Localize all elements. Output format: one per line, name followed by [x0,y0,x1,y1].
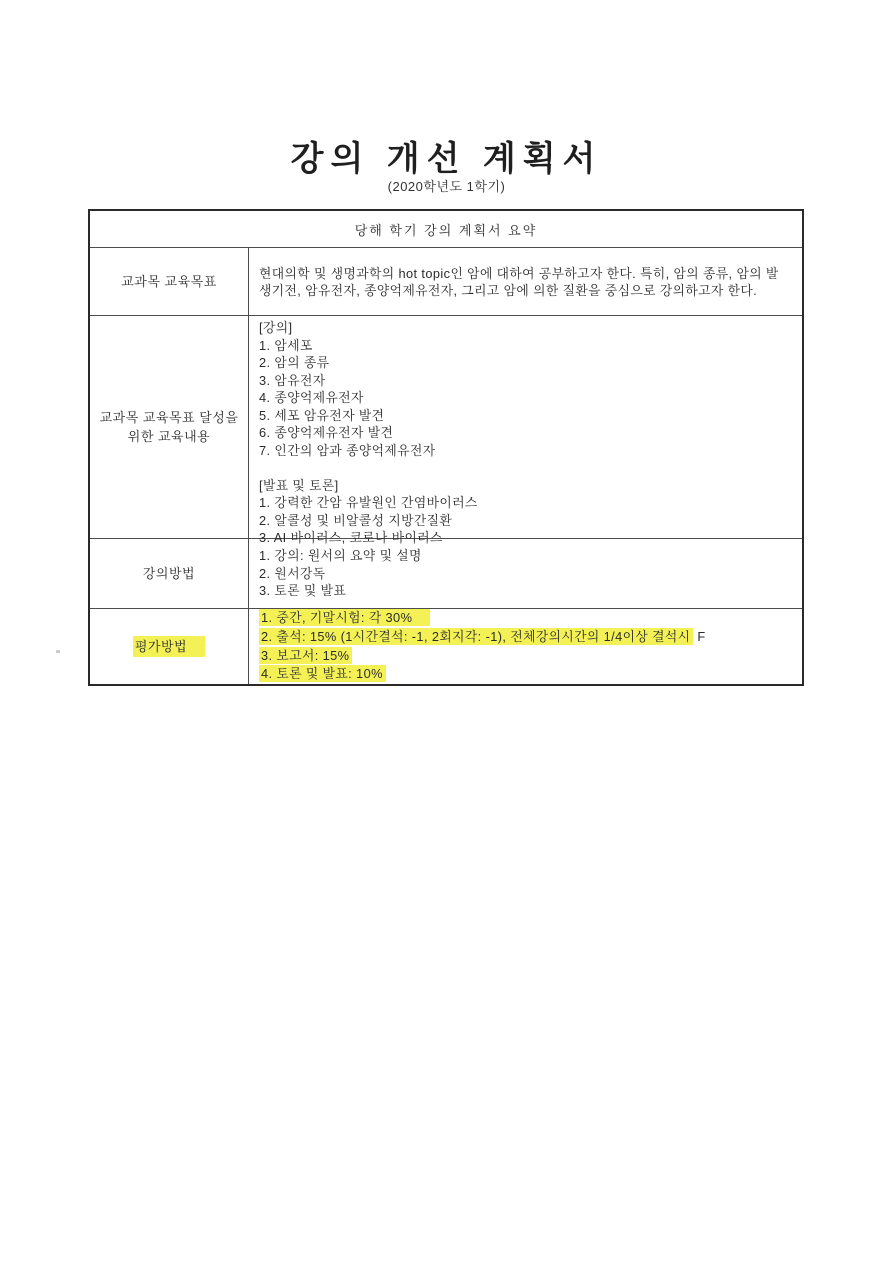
course-goal-text: 현대의학 및 생명과학의 hot topic인 암에 대하여 공부하고자 한다.… [259,265,788,299]
lecture-item: 1. 암세포 [259,337,792,355]
document-title: 강의 개선 계획서 [0,131,893,180]
evaluation-highlight: 1. 중간, 기말시험: 각 30% [259,609,430,626]
lecture-item: 4. 종양억제유전자 [259,389,792,407]
method-item: 1. 강의: 원서의 요약 및 설명 [259,547,792,565]
lecture-item: 2. 암의 종류 [259,354,792,372]
lecture-section-heading: [강의] [259,319,792,337]
summary-table: 당해 학기 강의 계획서 요약 교과목 교육목표 현대의학 및 생명과학의 ho… [88,209,804,686]
document-subtitle: (2020학년도 1학기) [0,176,893,195]
row-label-course-goal: 교과목 교육목표 [90,248,249,315]
cell-teaching-method: 1. 강의: 원서의 요약 및 설명 2. 원서강독 3. 토론 및 발표 [249,539,802,608]
evaluation-highlight: 4. 토론 및 발표: 10% [259,665,386,682]
lecture-item: 5. 세포 암유전자 발견 [259,407,792,425]
lecture-item: 6. 종양억제유전자 발견 [259,424,792,442]
evaluation-item: 4. 토론 및 발표: 10% [259,665,792,684]
evaluation-highlight: 2. 출석: 15% (1시간결석: -1, 2회지각: -1), 전체강의시간… [259,628,693,645]
row-teaching-method: 강의방법 1. 강의: 원서의 요약 및 설명 2. 원서강독 3. 토론 및 … [90,538,802,608]
cell-course-contents: [강의] 1. 암세포 2. 암의 종류 3. 암유전자 4. 종양억제유전자 … [249,316,802,538]
row-course-contents: 교과목 교육목표 달성을 위한 교육내용 [강의] 1. 암세포 2. 암의 종… [90,315,802,538]
table-header: 당해 학기 강의 계획서 요약 [90,211,802,247]
method-item: 2. 원서강독 [259,565,792,583]
scan-speck-artifact [56,650,60,653]
method-item: 3. 토론 및 발표 [259,582,792,600]
evaluation-label-highlight: 평가방법 [133,636,205,657]
evaluation-item: 1. 중간, 기말시험: 각 30% [259,609,792,628]
evaluation-item: 2. 출석: 15% (1시간결석: -1, 2회지각: -1), 전체강의시간… [259,628,792,647]
row-label-course-contents: 교과목 교육목표 달성을 위한 교육내용 [90,316,249,538]
row-label-evaluation-method: 평가방법 [90,609,249,684]
evaluation-highlight: 3. 보고서: 15% [259,647,352,664]
lecture-item: 7. 인간의 암과 종양억제유전자 [259,442,792,460]
evaluation-plain: F [693,629,705,644]
presentation-item: 1. 강력한 간암 유발원인 간염바이러스 [259,494,792,512]
row-course-goal: 교과목 교육목표 현대의학 및 생명과학의 hot topic인 암에 대하여 … [90,247,802,315]
presentation-item: 2. 알콜성 및 비알콜성 지방간질환 [259,512,792,530]
evaluation-item: 3. 보고서: 15% [259,647,792,666]
presentation-section-heading: [발표 및 토론] [259,477,792,495]
row-evaluation-method: 평가방법 1. 중간, 기말시험: 각 30% 2. 출석: 15% (1시간결… [90,608,802,684]
lecture-item: 3. 암유전자 [259,372,792,390]
cell-course-goal: 현대의학 및 생명과학의 hot topic인 암에 대하여 공부하고자 한다.… [249,248,802,315]
row-label-teaching-method: 강의방법 [90,539,249,608]
cell-evaluation-method: 1. 중간, 기말시험: 각 30% 2. 출석: 15% (1시간결석: -1… [249,609,802,684]
